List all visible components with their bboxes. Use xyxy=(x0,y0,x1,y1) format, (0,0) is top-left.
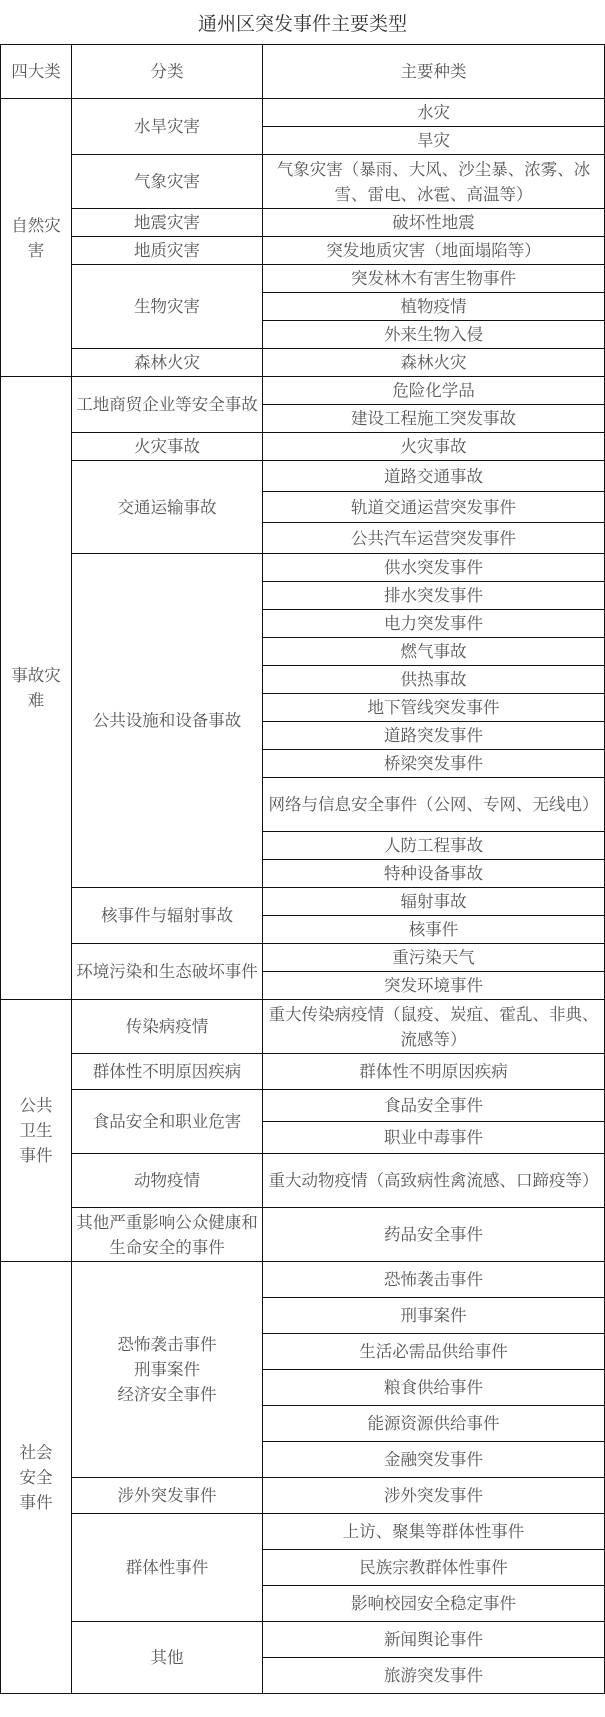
table-row: 群体性不明原因疾病群体性不明原因疾病 xyxy=(1,1054,605,1090)
table-row: 事故灾 难工地商贸企业等安全事故危险化学品 xyxy=(1,377,605,405)
subcategory-cell: 生物灾害 xyxy=(72,265,263,349)
type-cell: 粮食供给事件 xyxy=(263,1370,605,1406)
type-cell: 危险化学品 xyxy=(263,377,605,405)
type-cell: 核事件 xyxy=(263,916,605,944)
table-row: 食品安全和职业危害食品安全事件 xyxy=(1,1090,605,1122)
type-cell: 外来生物入侵 xyxy=(263,321,605,349)
table-row: 动物疫情重大动物疫情（高致病性禽流感、口蹄疫等） xyxy=(1,1154,605,1208)
type-cell: 药品安全事件 xyxy=(263,1208,605,1262)
type-cell: 道路交通事故 xyxy=(263,461,605,492)
type-cell: 新闻舆论事件 xyxy=(263,1622,605,1658)
subcategory-cell: 食品安全和职业危害 xyxy=(72,1090,263,1154)
type-cell: 恐怖袭击事件 xyxy=(263,1262,605,1298)
type-cell: 重大动物疫情（高致病性禽流感、口蹄疫等） xyxy=(263,1154,605,1208)
table-row: 地震灾害破坏性地震 xyxy=(1,209,605,237)
table-row: 涉外突发事件涉外突发事件 xyxy=(1,1478,605,1514)
subcategory-cell: 地质灾害 xyxy=(72,237,263,265)
category-cell: 社会 安全 事件 xyxy=(1,1262,72,1694)
category-cell: 公共 卫生 事件 xyxy=(1,1000,72,1262)
table-body: 自然灾 害水旱灾害水灾旱灾气象灾害气象灾害（暴雨、大风、沙尘暴、浓雾、冰雪、雷电… xyxy=(1,99,605,1694)
header-category: 四大类 xyxy=(1,45,72,99)
type-cell: 供热事故 xyxy=(263,666,605,694)
subcategory-cell: 火灾事故 xyxy=(72,433,263,461)
subcategory-cell: 动物疫情 xyxy=(72,1154,263,1208)
type-cell: 辐射事故 xyxy=(263,888,605,916)
subcategory-cell: 交通运输事故 xyxy=(72,461,263,554)
page-title: 通州区突发事件主要类型 xyxy=(0,0,605,44)
subcategory-cell: 工地商贸企业等安全事故 xyxy=(72,377,263,433)
type-cell: 排水突发事件 xyxy=(263,582,605,610)
type-cell: 刑事案件 xyxy=(263,1298,605,1334)
type-cell: 涉外突发事件 xyxy=(263,1478,605,1514)
table-row: 其他严重影响公众健康和生命安全的事件药品安全事件 xyxy=(1,1208,605,1262)
type-cell: 重大传染病疫情（鼠疫、炭疽、霍乱、非典、流感等） xyxy=(263,1000,605,1054)
type-cell: 特种设备事故 xyxy=(263,860,605,888)
subcategory-cell: 气象灾害 xyxy=(72,155,263,209)
subcategory-cell: 核事件与辐射事故 xyxy=(72,888,263,944)
type-cell: 食品安全事件 xyxy=(263,1090,605,1122)
event-types-table: 四大类 分类 主要种类 自然灾 害水旱灾害水灾旱灾气象灾害气象灾害（暴雨、大风、… xyxy=(0,44,605,1694)
type-cell: 突发林木有害生物事件 xyxy=(263,265,605,293)
type-cell: 植物疫情 xyxy=(263,293,605,321)
table-row: 交通运输事故道路交通事故 xyxy=(1,461,605,492)
type-cell: 森林火灾 xyxy=(263,349,605,377)
type-cell: 网络与信息安全事件（公网、专网、无线电） xyxy=(263,778,605,832)
table-row: 火灾事故火灾事故 xyxy=(1,433,605,461)
type-cell: 人防工程事故 xyxy=(263,832,605,860)
type-cell: 供水突发事件 xyxy=(263,554,605,582)
subcategory-cell: 水旱灾害 xyxy=(72,99,263,155)
subcategory-cell: 传染病疫情 xyxy=(72,1000,263,1054)
type-cell: 能源资源供给事件 xyxy=(263,1406,605,1442)
table-row: 环境污染和生态破坏事件重污染天气 xyxy=(1,944,605,972)
type-cell: 道路突发事件 xyxy=(263,722,605,750)
table-row: 生物灾害突发林木有害生物事件 xyxy=(1,265,605,293)
subcategory-cell: 涉外突发事件 xyxy=(72,1478,263,1514)
subcategory-cell: 环境污染和生态破坏事件 xyxy=(72,944,263,1000)
type-cell: 建设工程施工突发事故 xyxy=(263,405,605,433)
type-cell: 金融突发事件 xyxy=(263,1442,605,1478)
type-cell: 地下管线突发事件 xyxy=(263,694,605,722)
type-cell: 水灾 xyxy=(263,99,605,127)
subcategory-cell: 群体性事件 xyxy=(72,1514,263,1622)
category-cell: 事故灾 难 xyxy=(1,377,72,1000)
type-cell: 旱灾 xyxy=(263,127,605,155)
type-cell: 轨道交通运营突发事件 xyxy=(263,492,605,523)
table-row: 地质灾害突发地质灾害（地面塌陷等） xyxy=(1,237,605,265)
type-cell: 燃气事故 xyxy=(263,638,605,666)
type-cell: 火灾事故 xyxy=(263,433,605,461)
type-cell: 电力突发事件 xyxy=(263,610,605,638)
table-row: 气象灾害气象灾害（暴雨、大风、沙尘暴、浓雾、冰雪、雷电、冰雹、高温等） xyxy=(1,155,605,209)
type-cell: 气象灾害（暴雨、大风、沙尘暴、浓雾、冰雪、雷电、冰雹、高温等） xyxy=(263,155,605,209)
type-cell: 职业中毒事件 xyxy=(263,1122,605,1154)
type-cell: 公共汽车运营突发事件 xyxy=(263,523,605,554)
table-row: 自然灾 害水旱灾害水灾 xyxy=(1,99,605,127)
type-cell: 上访、聚集等群体性事件 xyxy=(263,1514,605,1550)
type-cell: 重污染天气 xyxy=(263,944,605,972)
table-row: 其他新闻舆论事件 xyxy=(1,1622,605,1658)
type-cell: 旅游突发事件 xyxy=(263,1658,605,1694)
subcategory-cell: 其他严重影响公众健康和生命安全的事件 xyxy=(72,1208,263,1262)
header-subcategory: 分类 xyxy=(72,45,263,99)
subcategory-cell: 地震灾害 xyxy=(72,209,263,237)
subcategory-cell: 恐怖袭击事件 刑事案件 经济安全事件 xyxy=(72,1262,263,1478)
type-cell: 桥梁突发事件 xyxy=(263,750,605,778)
header-types: 主要种类 xyxy=(263,45,605,99)
table-row: 公共 卫生 事件传染病疫情重大传染病疫情（鼠疫、炭疽、霍乱、非典、流感等） xyxy=(1,1000,605,1054)
category-cell: 自然灾 害 xyxy=(1,99,72,377)
subcategory-cell: 其他 xyxy=(72,1622,263,1694)
type-cell: 突发环境事件 xyxy=(263,972,605,1000)
type-cell: 影响校园安全稳定事件 xyxy=(263,1586,605,1622)
type-cell: 民族宗教群体性事件 xyxy=(263,1550,605,1586)
type-cell: 群体性不明原因疾病 xyxy=(263,1054,605,1090)
table-row: 公共设施和设备事故供水突发事件 xyxy=(1,554,605,582)
type-cell: 生活必需品供给事件 xyxy=(263,1334,605,1370)
type-cell: 破坏性地震 xyxy=(263,209,605,237)
subcategory-cell: 公共设施和设备事故 xyxy=(72,554,263,888)
subcategory-cell: 群体性不明原因疾病 xyxy=(72,1054,263,1090)
subcategory-cell: 森林火灾 xyxy=(72,349,263,377)
table-row: 群体性事件上访、聚集等群体性事件 xyxy=(1,1514,605,1550)
table-row: 森林火灾森林火灾 xyxy=(1,349,605,377)
header-row: 四大类 分类 主要种类 xyxy=(1,45,605,99)
table-row: 核事件与辐射事故辐射事故 xyxy=(1,888,605,916)
table-row: 社会 安全 事件恐怖袭击事件 刑事案件 经济安全事件恐怖袭击事件 xyxy=(1,1262,605,1298)
type-cell: 突发地质灾害（地面塌陷等） xyxy=(263,237,605,265)
